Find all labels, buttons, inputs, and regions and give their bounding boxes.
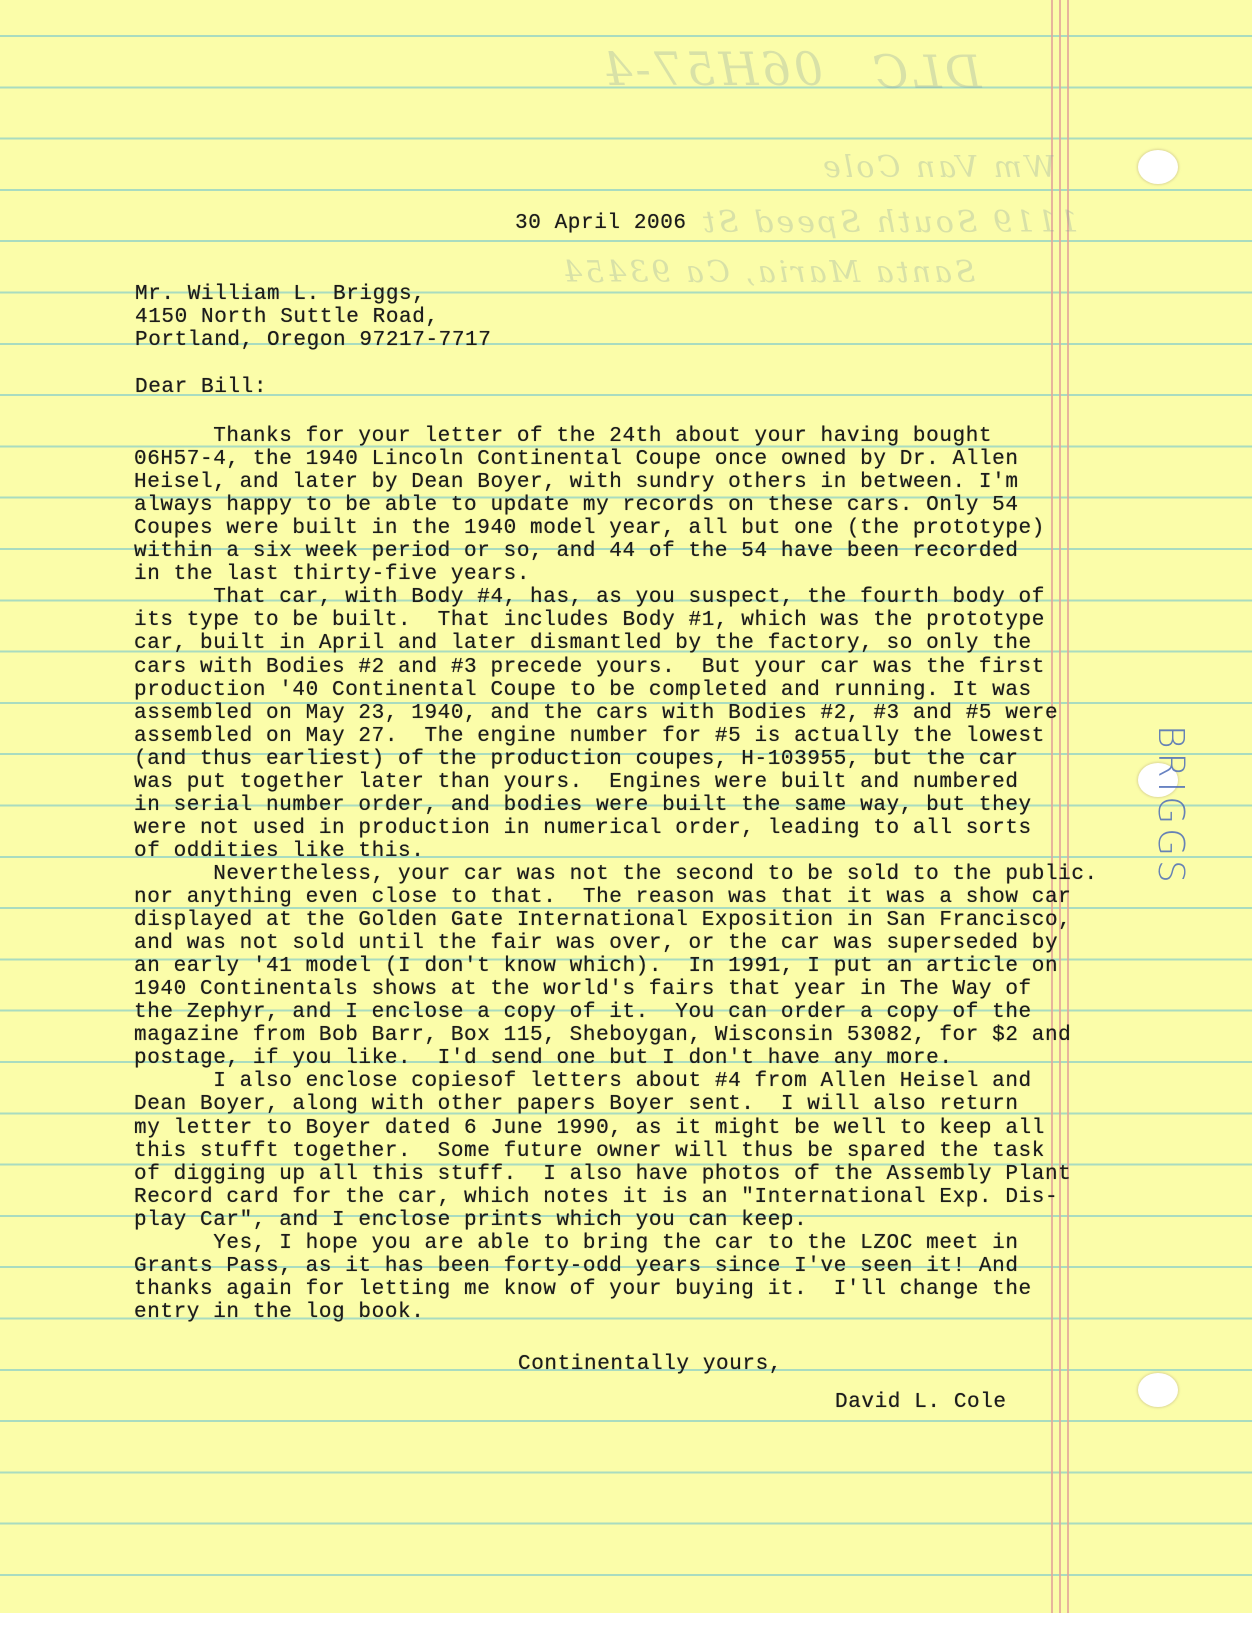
letter-body-line: always happy to be able to update my rec… [134,495,1019,517]
letter-body-line: and was not sold until the fair was over… [134,933,1058,955]
letter-body-line: Yes, I hope you are able to bring the ca… [134,1233,1019,1255]
show-through-handwriting: Wm Van Cole [820,150,1056,185]
recipient-line: Portland, Oregon 97217-7717 [135,330,491,352]
letter-body-line: Grants Pass, as it has been forty-odd ye… [134,1256,1019,1278]
letter-body-line: my letter to Boyer dated 6 June 1990, as… [134,1118,1045,1140]
letter-body-line: play Car", and I enclose prints which yo… [134,1210,807,1232]
letter-body-line: nor anything even close to that. The rea… [134,887,1071,909]
letter-body-line: Dean Boyer, along with other papers Boye… [134,1094,1019,1116]
letter-body-line: assembled on May 27. The engine number f… [134,726,1045,748]
letter-body-line: were not used in production in numerical… [134,818,1032,840]
letter-body-line: within a six week period or so, and 44 o… [134,541,1019,563]
letter-body-line: thanks again for letting me know of your… [134,1279,1032,1301]
letter-body-line: Heisel, and later by Dean Boyer, with su… [134,472,1019,494]
margin-line [1059,0,1061,1613]
punch-hole [1138,1373,1178,1407]
show-through-handwriting: DLC [870,45,982,99]
closing: Continentally yours, [518,1354,782,1376]
letter-body-line: Nevertheless, your car was not the secon… [134,864,1098,886]
signature: David L. Cole [835,1392,1007,1414]
letter-body-line: the Zephyr, and I enclose a copy of it. … [134,1002,1032,1024]
letter-body-line: displayed at the Golden Gate Internation… [134,910,1071,932]
letter-body-line: production '40 Continental Coupe to be c… [134,680,1032,702]
letter-body-line: Record card for the car, which notes it … [134,1187,1058,1209]
letter-body-line: 1940 Continentals shows at the world's f… [134,979,1032,1001]
show-through-handwriting: Santa Maria, Ca 93454 [560,255,976,290]
letter-body-line: of oddities like this. [134,841,424,863]
letter-body-line: an early '41 model (I don't know which).… [134,956,1058,978]
letter-body-line: That car, with Body #4, has, as you susp… [134,587,1045,609]
letter-body-line: entry in the log book. [134,1302,424,1324]
letter-body-line: I also enclose copiesof letters about #4… [134,1071,1032,1093]
letter-body-line: in the last thirty-five years. [134,564,530,586]
letter-date: 30 April 2006 [515,213,687,235]
letter-body-line: (and thus earliest) of the production co… [134,749,1019,771]
punch-hole [1138,150,1178,184]
salutation: Dear Bill: [135,377,267,399]
letter-body-line: car, built in April and later dismantled… [134,633,1032,655]
recipient-line: 4150 North Suttle Road, [135,307,439,329]
letter-body-line: was put together later than yours. Engin… [134,772,1019,794]
legal-pad-page: 06H57-4 DLC Wm Van Cole 1119 South Speed… [0,0,1252,1613]
letter-body-line: assembled on May 23, 1940, and the cars … [134,703,1058,725]
letter-body-line: Coupes were built in the 1940 model year… [134,518,1045,540]
show-through-handwriting: 1119 South Speed St [700,205,1078,240]
margin-line [1067,0,1069,1613]
letter-body-line: cars with Bodies #2 and #3 precede yours… [134,657,1045,679]
show-through-handwriting: 06H57-4 [600,42,823,96]
handwritten-margin-note: BRIGGS [1150,725,1191,887]
letter-body-line: Thanks for your letter of the 24th about… [134,426,992,448]
letter-body-line: 06H57-4, the 1940 Lincoln Continental Co… [134,449,1019,471]
recipient-line: Mr. William L. Briggs, [135,284,425,306]
letter-body-line: postage, if you like. I'd send one but I… [134,1048,953,1070]
letter-body-line: this stufft together. Some future owner … [134,1141,1045,1163]
letter-body-line: in serial number order, and bodies were … [134,795,1032,817]
letter-body-line: of digging up all this stuff. I also hav… [134,1164,1071,1186]
margin-line [1051,0,1053,1613]
letter-body-line: magazine from Bob Barr, Box 115, Sheboyg… [134,1025,1071,1047]
letter-body-line: its type to be built. That includes Body… [134,610,1045,632]
